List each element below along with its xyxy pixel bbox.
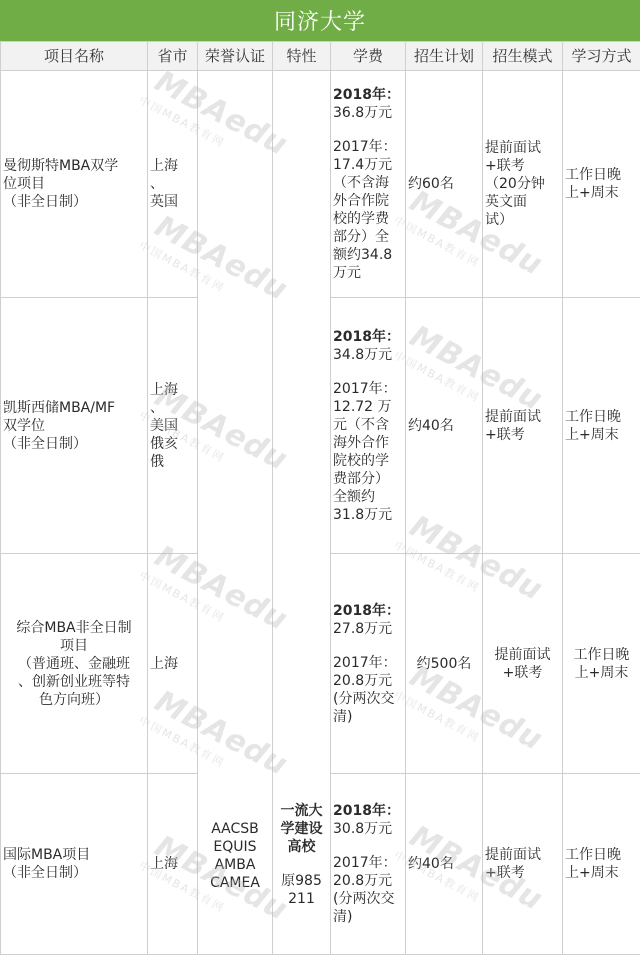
fee-2018-label: 2018年： [333,328,403,346]
table-row: 曼彻斯特MBA双学位项目（非全日制）上海、英国AACSBEQUISAMBACAM… [1,71,640,298]
cell-accreditation: AACSBEQUISAMBACAMEA [198,71,273,955]
fee-2017-line: 2017年： [333,138,403,156]
study-line: 上+周末 [565,426,638,444]
spacer [333,122,403,138]
cell-mode: 提前面试+联考 [483,774,563,955]
cell-fee: 2018年：34.8万元2017年：12.72 万元（不含海外合作院校的学费部分… [331,298,406,554]
cell-plan: 约40名 [406,774,483,955]
cell-program-name: 综合MBA非全日制项目（普通班、金融班、创新创业班等特色方向班） [1,554,148,774]
program-name-line: 色方向班） [3,691,145,709]
fee-2017-line: 外合作院 [333,192,403,210]
program-name-line: （非全日制） [3,193,145,211]
mode-line: 提前面试 [485,139,560,157]
fee-2017-line: 元（不含 [333,416,403,434]
spacer [275,856,328,872]
program-name-line: 双学位 [3,417,145,435]
cell-mode: 提前面试+联考（20分钟英文面试） [483,71,563,298]
program-name-line: 凯斯西储MBA/MF [3,399,145,417]
cell-program-name: 凯斯西储MBA/MF双学位（非全日制） [1,298,148,554]
cell-city: 上海、英国 [148,71,198,298]
col-header-study: 学习方式 [563,42,640,71]
col-header-mode: 招生模式 [483,42,563,71]
col-header-city: 省市 [148,42,198,71]
program-name-line: （非全日制） [3,864,145,882]
cell-plan: 约60名 [406,71,483,298]
program-name-line: 综合MBA非全日制 [3,619,145,637]
spacer [333,364,403,380]
fee-2017-line: 2017年： [333,654,403,672]
col-header-plan: 招生计划 [406,42,483,71]
program-name-line: 曼彻斯特MBA双学 [3,157,145,175]
fee-2017-line: 费部分） [333,470,403,488]
cell-study: 工作日晚上+周末 [563,298,640,554]
mode-line: 提前面试 [485,408,560,426]
cell-study: 工作日晚上+周末 [563,71,640,298]
program-name-line: 、创新创业班等特 [3,673,145,691]
cell-fee: 2018年：30.8万元2017年：20.8万元(分两次交清) [331,774,406,955]
study-line: 工作日晚 [565,408,638,426]
fee-2017-line: 海外合作 [333,434,403,452]
program-name-line: （非全日制） [3,435,145,453]
study-line: 工作日晚 [565,166,638,184]
mode-line: +联考 [485,864,560,882]
fee-2018-value: 30.8万元 [333,820,403,838]
fee-2018-value: 34.8万元 [333,346,403,364]
study-line: 工作日晚 [565,846,638,864]
city-line: 英国 [150,193,195,211]
cell-study: 工作日晚上+周末 [563,554,640,774]
fee-2017-line: 额约34.8 [333,246,403,264]
feature-line: 原985 [275,872,328,890]
cell-city: 上海 [148,774,198,955]
fee-2017-line: 校的学费 [333,210,403,228]
spacer [333,638,403,654]
program-name-line: 位项目 [3,175,145,193]
fee-2017-line: 31.8万元 [333,506,403,524]
fee-2017-line: 清) [333,908,403,926]
fee-2017-line: 2017年： [333,380,403,398]
cell-fee: 2018年：36.8万元2017年：17.4万元（不含海外合作院校的学费部分）全… [331,71,406,298]
program-name-line: （普通班、金融班 [3,655,145,673]
study-line: 上+周末 [565,864,638,882]
accreditation-line: AMBA [200,856,270,874]
cell-city: 上海 [148,554,198,774]
fee-2017-line: 院校的学 [333,452,403,470]
fee-2018-value: 27.8万元 [333,620,403,638]
study-line: 上+周末 [565,184,638,202]
program-table: 项目名称 省市 荣誉认证 特性 学费 招生计划 招生模式 学习方式 曼彻斯特MB… [0,41,640,955]
city-line: 俄 [150,453,195,471]
city-line: 、 [150,175,195,193]
col-header-feature: 特性 [273,42,331,71]
feature-line: 211 [275,890,328,908]
cell-feature: 一流大学建设高校原985211 [273,71,331,955]
cell-study: 工作日晚上+周末 [563,774,640,955]
mode-line: 提前面试 [485,846,560,864]
mode-line: +联考 [485,664,560,682]
header-row: 项目名称 省市 荣誉认证 特性 学费 招生计划 招生模式 学习方式 [1,42,640,71]
feature-bold-line: 学建设 [275,820,328,838]
fee-2017-line: 2017年： [333,854,403,872]
cell-mode: 提前面试+联考 [483,554,563,774]
mode-line: （20分钟 [485,175,560,193]
cell-plan: 约500名 [406,554,483,774]
study-line: 上+周末 [565,664,638,682]
cell-program-name: 曼彻斯特MBA双学位项目（非全日制） [1,71,148,298]
accreditation-line: EQUIS [200,838,270,856]
accreditation-line: CAMEA [200,874,270,892]
study-line: 工作日晚 [565,646,638,664]
fee-2017-line: 清) [333,708,403,726]
fee-2017-line: (分两次交 [333,890,403,908]
col-header-accreditation: 荣誉认证 [198,42,273,71]
fee-2017-line: 17.4万元 [333,156,403,174]
fee-2017-line: 万元 [333,264,403,282]
col-header-fee: 学费 [331,42,406,71]
fee-2017-line: （不含海 [333,174,403,192]
mode-line: +联考 [485,426,560,444]
cell-city: 上海、美国俄亥俄 [148,298,198,554]
city-line: 美国 [150,417,195,435]
program-name-line: 项目 [3,637,145,655]
fee-2018-label: 2018年： [333,802,403,820]
cell-plan: 约40名 [406,298,483,554]
fee-2017-line: 全额约 [333,488,403,506]
cell-fee: 2018年：27.8万元2017年：20.8万元(分两次交清) [331,554,406,774]
fee-2017-line: 20.8万元 [333,672,403,690]
city-line: 、 [150,399,195,417]
cell-mode: 提前面试+联考 [483,298,563,554]
accreditation-line: AACSB [200,820,270,838]
fee-2017-line: (分两次交 [333,690,403,708]
fee-2017-line: 部分）全 [333,228,403,246]
mode-line: 提前面试 [485,646,560,664]
feature-bold-line: 高校 [275,838,328,856]
city-line: 俄亥 [150,435,195,453]
program-name-line: 国际MBA项目 [3,846,145,864]
col-header-name: 项目名称 [1,42,148,71]
city-line: 上海 [150,381,195,399]
city-line: 上海 [150,655,195,673]
city-line: 上海 [150,157,195,175]
mode-line: 英文面 [485,193,560,211]
fee-2017-line: 20.8万元 [333,872,403,890]
mode-line: 试） [485,211,560,229]
cell-program-name: 国际MBA项目（非全日制） [1,774,148,955]
fee-2018-label: 2018年： [333,602,403,620]
city-line: 上海 [150,855,195,873]
mode-line: +联考 [485,157,560,175]
spacer [333,838,403,854]
feature-bold-line: 一流大 [275,802,328,820]
fee-2018-value: 36.8万元 [333,104,403,122]
fee-2017-line: 12.72 万 [333,398,403,416]
fee-2018-label: 2018年： [333,86,403,104]
table-title: 同济大学 [0,0,640,41]
